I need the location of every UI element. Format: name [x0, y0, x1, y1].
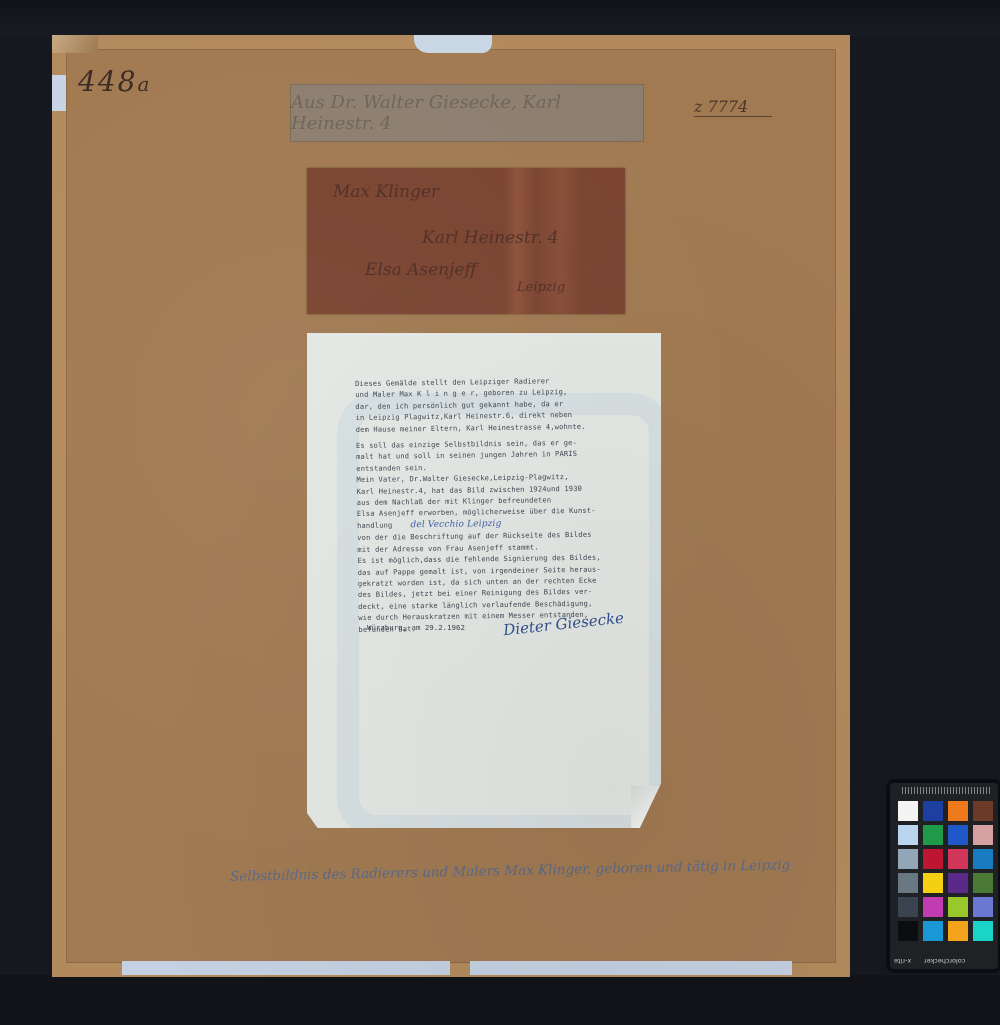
color-swatch	[948, 921, 968, 941]
tape-strip-left	[52, 75, 66, 111]
letter-word: handlung	[357, 520, 392, 529]
letter-date: Würzburg, am 29.2.1962	[367, 623, 465, 632]
color-swatch	[948, 825, 968, 845]
color-swatch	[923, 873, 943, 893]
brown-label-line: Max Klinger	[333, 182, 439, 202]
ruler-scale	[902, 787, 992, 794]
dark-backdrop-bottom	[0, 975, 1000, 1025]
typed-letter: Dieses Gemälde stellt den Leipziger Radi…	[307, 333, 661, 828]
color-swatch	[923, 897, 943, 917]
inventory-number: 448a	[78, 65, 151, 98]
cardboard-backing: 448a z 7774 Aus Dr. Walter Giesecke, Kar…	[52, 35, 850, 977]
letter-body: Dieses Gemälde stellt den Leipziger Radi…	[355, 374, 659, 635]
color-swatch-grid	[898, 801, 994, 941]
color-swatch	[948, 897, 968, 917]
brown-label-line: Karl Heinestr. 4	[422, 228, 559, 248]
color-swatch	[898, 921, 918, 941]
color-swatch	[923, 921, 943, 941]
color-swatch	[923, 849, 943, 869]
color-swatch	[948, 873, 968, 893]
letter-paragraph-2: Es soll das einzige Selbstbildnis sein, …	[356, 436, 659, 635]
color-swatch	[898, 825, 918, 845]
handwritten-insert: del Vecchio Leipzig	[410, 519, 501, 530]
color-swatch	[898, 873, 918, 893]
catalog-number: z 7774	[694, 97, 772, 117]
letter-paragraph-1: Dieses Gemälde stellt den Leipziger Radi…	[355, 374, 656, 435]
color-swatch	[898, 897, 918, 917]
color-swatch	[973, 873, 993, 893]
colorchecker-brand: colorchecker	[924, 957, 965, 965]
tape-strip-bottom	[470, 961, 792, 975]
xrite-logo: x-rite	[894, 957, 911, 965]
grey-paper-label: Aus Dr. Walter Giesecke, Karl Heinestr. …	[290, 84, 644, 142]
brown-label-line: Elsa Asenjeff	[365, 260, 477, 280]
color-swatch	[948, 849, 968, 869]
tape-strip-bottom	[122, 961, 450, 975]
color-swatch	[948, 801, 968, 821]
color-swatch	[923, 825, 943, 845]
color-checker-card: colorchecker x-rite	[890, 783, 998, 969]
color-swatch	[973, 825, 993, 845]
tape-strip-top	[414, 35, 492, 53]
handwritten-inscription: Selbstbildnis des Radierers und Malers M…	[230, 857, 790, 885]
color-swatch	[898, 801, 918, 821]
color-swatch	[973, 921, 993, 941]
inventory-number-suffix: a	[137, 72, 151, 96]
color-swatch	[923, 801, 943, 821]
color-swatch	[973, 849, 993, 869]
inventory-number-digits: 448	[78, 65, 137, 98]
color-swatch	[973, 897, 993, 917]
torn-corner	[52, 35, 98, 53]
color-swatch	[973, 801, 993, 821]
brown-label-line: Leipzig	[517, 280, 565, 295]
color-swatch	[898, 849, 918, 869]
curled-corner	[631, 786, 661, 828]
dark-backdrop-top	[0, 0, 1000, 36]
grey-label-text: Aus Dr. Walter Giesecke, Karl Heinestr. …	[291, 92, 643, 134]
brown-paper-label: Max Klinger Karl Heinestr. 4 Elsa Asenje…	[307, 168, 625, 314]
